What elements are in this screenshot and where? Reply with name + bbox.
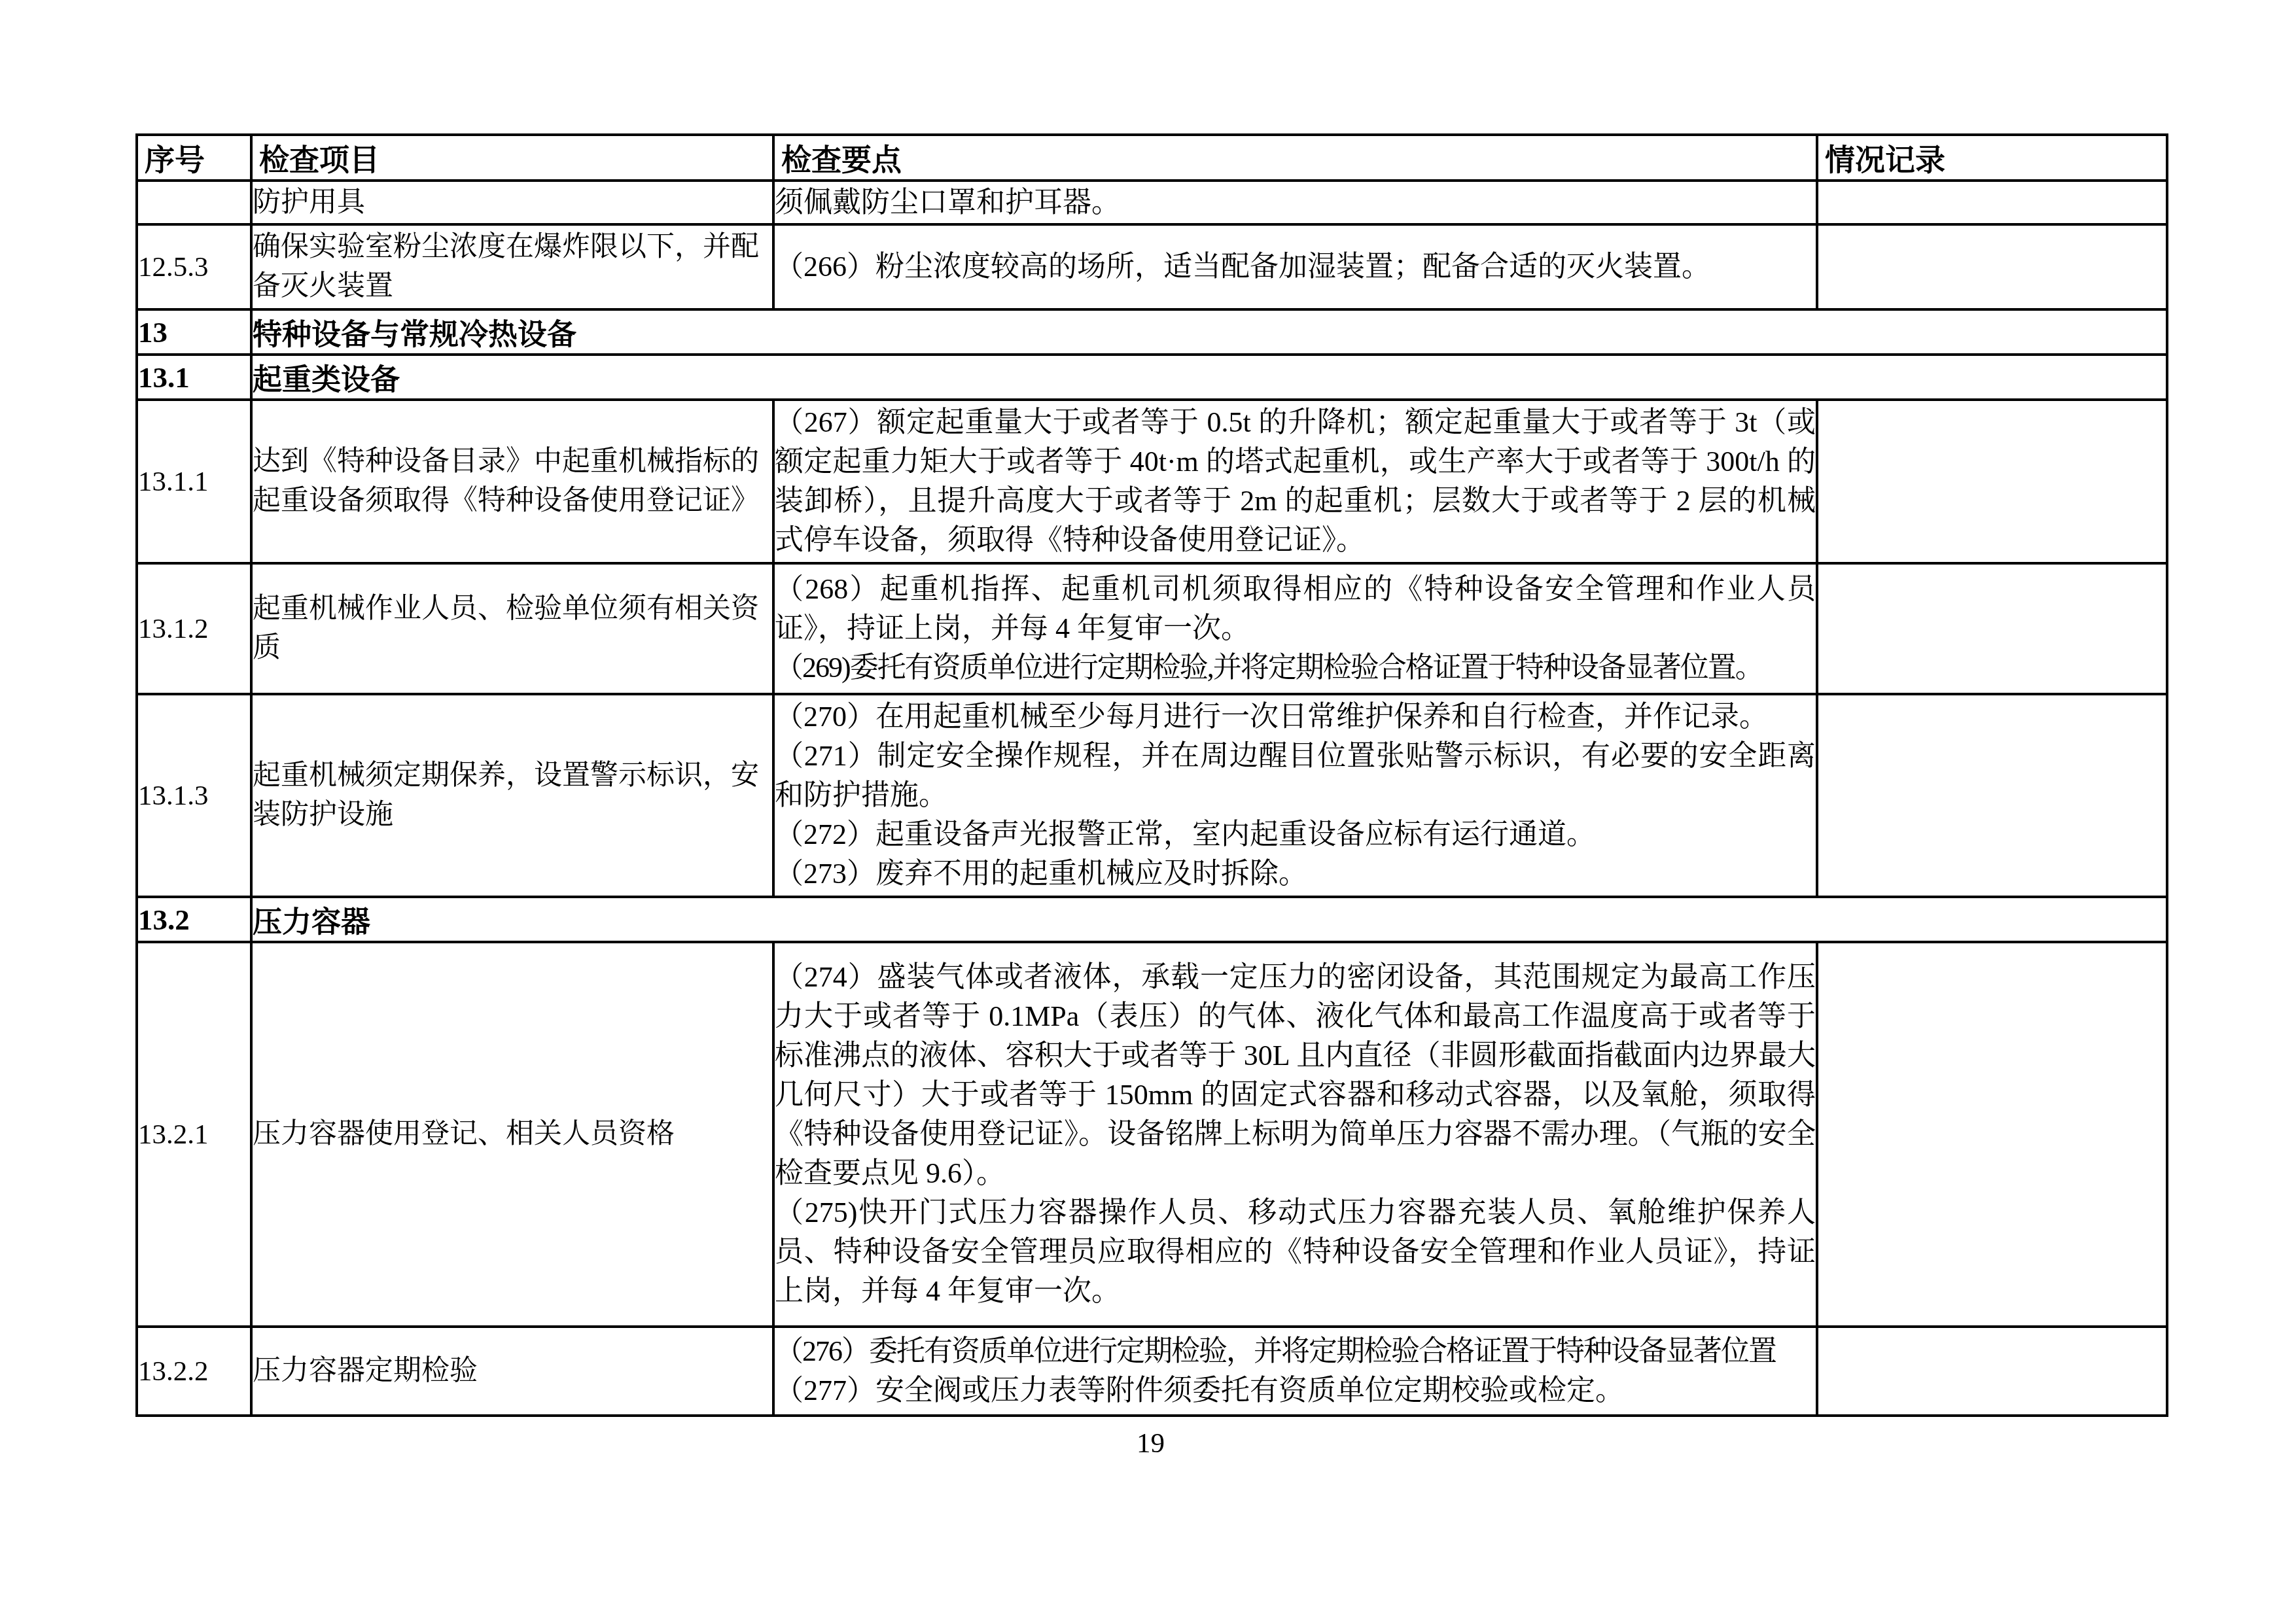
serial-cell: 13.2.2 [137,1327,251,1416]
table-row: 13.2.1 压力容器使用登记、相关人员资格 （274）盛装气体或者液体，承载一… [137,942,2167,1327]
points-cell: （270）在用起重机械至少每月进行一次日常维护保养和自行检查，并作记录。 （27… [773,694,1817,897]
point-text: （267）额定起重量大于或者等于 0.5t 的升降机；额定起重量大于或者等于 3… [775,403,1816,560]
serial-cell: 12.5.3 [137,224,251,309]
table-row: 防护用具 须佩戴防尘口罩和护耳器。 [137,181,2167,224]
point-text: （268）起重机指挥、起重机司机须取得相应的《特种设备安全管理和作业人员证》，持… [775,570,1816,648]
item-cell: 起重机械作业人员、检验单位须有相关资质 [251,563,773,694]
header-cell-points: 检查要点 [773,135,1817,181]
item-cell: 确保实验室粉尘浓度在爆炸限以下，并配备灭火装置 [251,224,773,309]
item-cell: 压力容器使用登记、相关人员资格 [251,942,773,1327]
section-row: 13 特种设备与常规冷热设备 [137,309,2167,355]
point-text: （270）在用起重机械至少每月进行一次日常维护保养和自行检查，并作记录。 [775,697,1816,737]
document-page: 序号 检查项目 检查要点 情况记录 防护用具 须佩戴防尘口罩和护耳器。 12.5… [0,0,2296,1623]
table-row: 13.2.2 压力容器定期检验 （276）委托有资质单位进行定期检验，并将定期检… [137,1327,2167,1416]
record-cell [1817,1327,2167,1416]
table-row: 13.1.3 起重机械须定期保养，设置警示标识，安装防护设施 （270）在用起重… [137,694,2167,897]
point-text: 须佩戴防尘口罩和护耳器。 [775,183,1816,222]
item-cell: 起重机械须定期保养，设置警示标识，安装防护设施 [251,694,773,897]
record-cell [1817,181,2167,224]
points-cell: （267）额定起重量大于或者等于 0.5t 的升降机；额定起重量大于或者等于 3… [773,400,1817,563]
record-cell [1817,694,2167,897]
points-cell: （268）起重机指挥、起重机司机须取得相应的《特种设备安全管理和作业人员证》，持… [773,563,1817,694]
point-text: （272）起重设备声光报警正常，室内起重设备应标有运行通道。 [775,815,1816,854]
point-text: （269)委托有资质单位进行定期检验,并将定期检验合格证置于特种设备显著位置。 [775,648,1816,688]
record-cell [1817,942,2167,1327]
table-row: 12.5.3 确保实验室粉尘浓度在爆炸限以下，并配备灭火装置 （266）粉尘浓度… [137,224,2167,309]
point-text: （276）委托有资质单位进行定期检验，并将定期检验合格证置于特种设备显著位置 [775,1332,1816,1371]
item-cell: 达到《特种设备目录》中起重机械指标的起重设备须取得《特种设备使用登记证》 [251,400,773,563]
page-number: 19 [135,1427,2166,1459]
item-cell: 防护用具 [251,181,773,224]
section-title-cell: 起重类设备 [251,355,2167,400]
section-row: 13.2 压力容器 [137,897,2167,942]
point-text: （273）废弃不用的起重机械应及时拆除。 [775,854,1816,894]
record-cell [1817,224,2167,309]
point-text: （266）粉尘浓度较高的场所，适当配备加湿装置；配备合适的灭火装置。 [775,247,1816,287]
record-cell [1817,400,2167,563]
section-title-cell: 特种设备与常规冷热设备 [251,309,2167,355]
header-cell-serial: 序号 [137,135,251,181]
point-text: （271）制定安全操作规程，并在周边醒目位置张贴警示标识，有必要的安全距离和防护… [775,737,1816,815]
point-text: （275)快开门式压力容器操作人员、移动式压力容器充装人员、氧舱维护保养人员、特… [775,1193,1816,1311]
section-serial-cell: 13 [137,309,251,355]
section-serial-cell: 13.2 [137,897,251,942]
point-text: （277）安全阀或压力表等附件须委托有资质单位定期校验或检定。 [775,1371,1816,1410]
point-text: （274）盛装气体或者液体，承载一定压力的密闭设备，其范围规定为最高工作压力大于… [775,958,1816,1193]
header-cell-item: 检查项目 [251,135,773,181]
header-cell-record: 情况记录 [1817,135,2167,181]
serial-cell: 13.1.2 [137,563,251,694]
points-cell: 须佩戴防尘口罩和护耳器。 [773,181,1817,224]
record-cell [1817,563,2167,694]
section-serial-cell: 13.1 [137,355,251,400]
item-cell: 压力容器定期检验 [251,1327,773,1416]
points-cell: （266）粉尘浓度较高的场所，适当配备加湿装置；配备合适的灭火装置。 [773,224,1817,309]
inspection-checklist-table: 序号 检查项目 检查要点 情况记录 防护用具 须佩戴防尘口罩和护耳器。 12.5… [135,133,2168,1417]
table-row: 13.1.2 起重机械作业人员、检验单位须有相关资质 （268）起重机指挥、起重… [137,563,2167,694]
header-row: 序号 检查项目 检查要点 情况记录 [137,135,2167,181]
section-title-cell: 压力容器 [251,897,2167,942]
serial-cell: 13.1.3 [137,694,251,897]
points-cell: （274）盛装气体或者液体，承载一定压力的密闭设备，其范围规定为最高工作压力大于… [773,942,1817,1327]
serial-cell [137,181,251,224]
table-row: 13.1.1 达到《特种设备目录》中起重机械指标的起重设备须取得《特种设备使用登… [137,400,2167,563]
section-row: 13.1 起重类设备 [137,355,2167,400]
points-cell: （276）委托有资质单位进行定期检验，并将定期检验合格证置于特种设备显著位置 （… [773,1327,1817,1416]
serial-cell: 13.2.1 [137,942,251,1327]
serial-cell: 13.1.1 [137,400,251,563]
